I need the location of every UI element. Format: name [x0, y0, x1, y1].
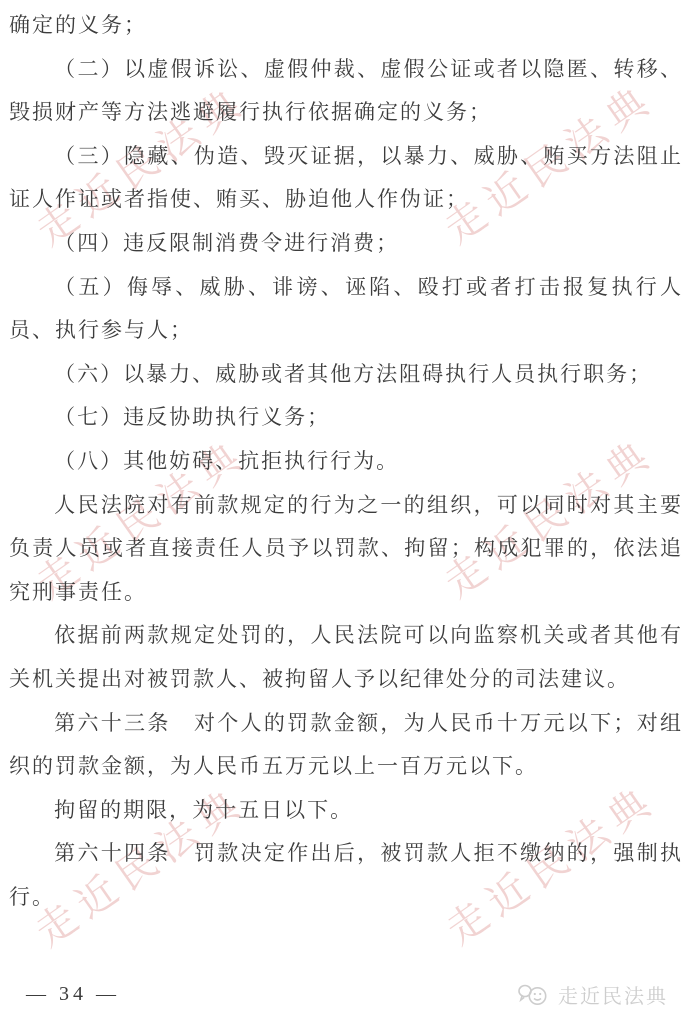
paragraph: （五）侮辱、威胁、诽谤、诬陷、殴打或者打击报复执行人员、执行参与人； [9, 266, 683, 353]
paragraph: （六）以暴力、威胁或者其他方法阻碍执行人员执行职务； [9, 353, 683, 397]
paragraph: （七）违反协助执行义务； [9, 396, 683, 440]
smiley-chat-icon [517, 981, 553, 1008]
paragraph: （三）隐藏、伪造、毁灭证据，以暴力、威胁、贿买方法阻止证人作证或者指使、贿买、胁… [9, 135, 683, 222]
paragraph: （八）其他妨碍、抗拒执行行为。 [9, 440, 683, 484]
paragraph: （二）以虚假诉讼、虚假仲裁、虚假公证或者以隐匿、转移、毁损财产等方法逃避履行执行… [9, 48, 683, 135]
paragraph: 第六十三条 对个人的罚款金额，为人民币十万元以下；对组织的罚款金额，为人民币五万… [9, 702, 683, 789]
brand-label: 走近民法典 [558, 980, 668, 1009]
page-number: — 34 — [26, 983, 120, 1006]
paragraph: （四）违反限制消费令进行消费； [9, 222, 683, 266]
paragraph: 确定的义务； [9, 4, 683, 48]
document-page: 走近民法典 走近民法典 走近民法典 走近民法典 走近民法典 走近民法典 确定的义… [0, 0, 690, 1021]
page-footer: — 34 — 走近民法典 [26, 980, 668, 1009]
paragraph: 人民法院对有前款规定的行为之一的组织，可以同时对其主要负责人员或者直接责任人员予… [9, 484, 683, 615]
paragraph: 拘留的期限，为十五日以下。 [9, 789, 683, 833]
brand-watermark: 走近民法典 [517, 980, 668, 1009]
legal-text-body: 确定的义务； （二）以虚假诉讼、虚假仲裁、虚假公证或者以隐匿、转移、毁损财产等方… [9, 4, 683, 919]
paragraph: 第六十四条 罚款决定作出后，被罚款人拒不缴纳的，强制执行。 [9, 832, 683, 919]
paragraph: 依据前两款规定处罚的，人民法院可以向监察机关或者其他有关机关提出对被罚款人、被拘… [9, 614, 683, 701]
